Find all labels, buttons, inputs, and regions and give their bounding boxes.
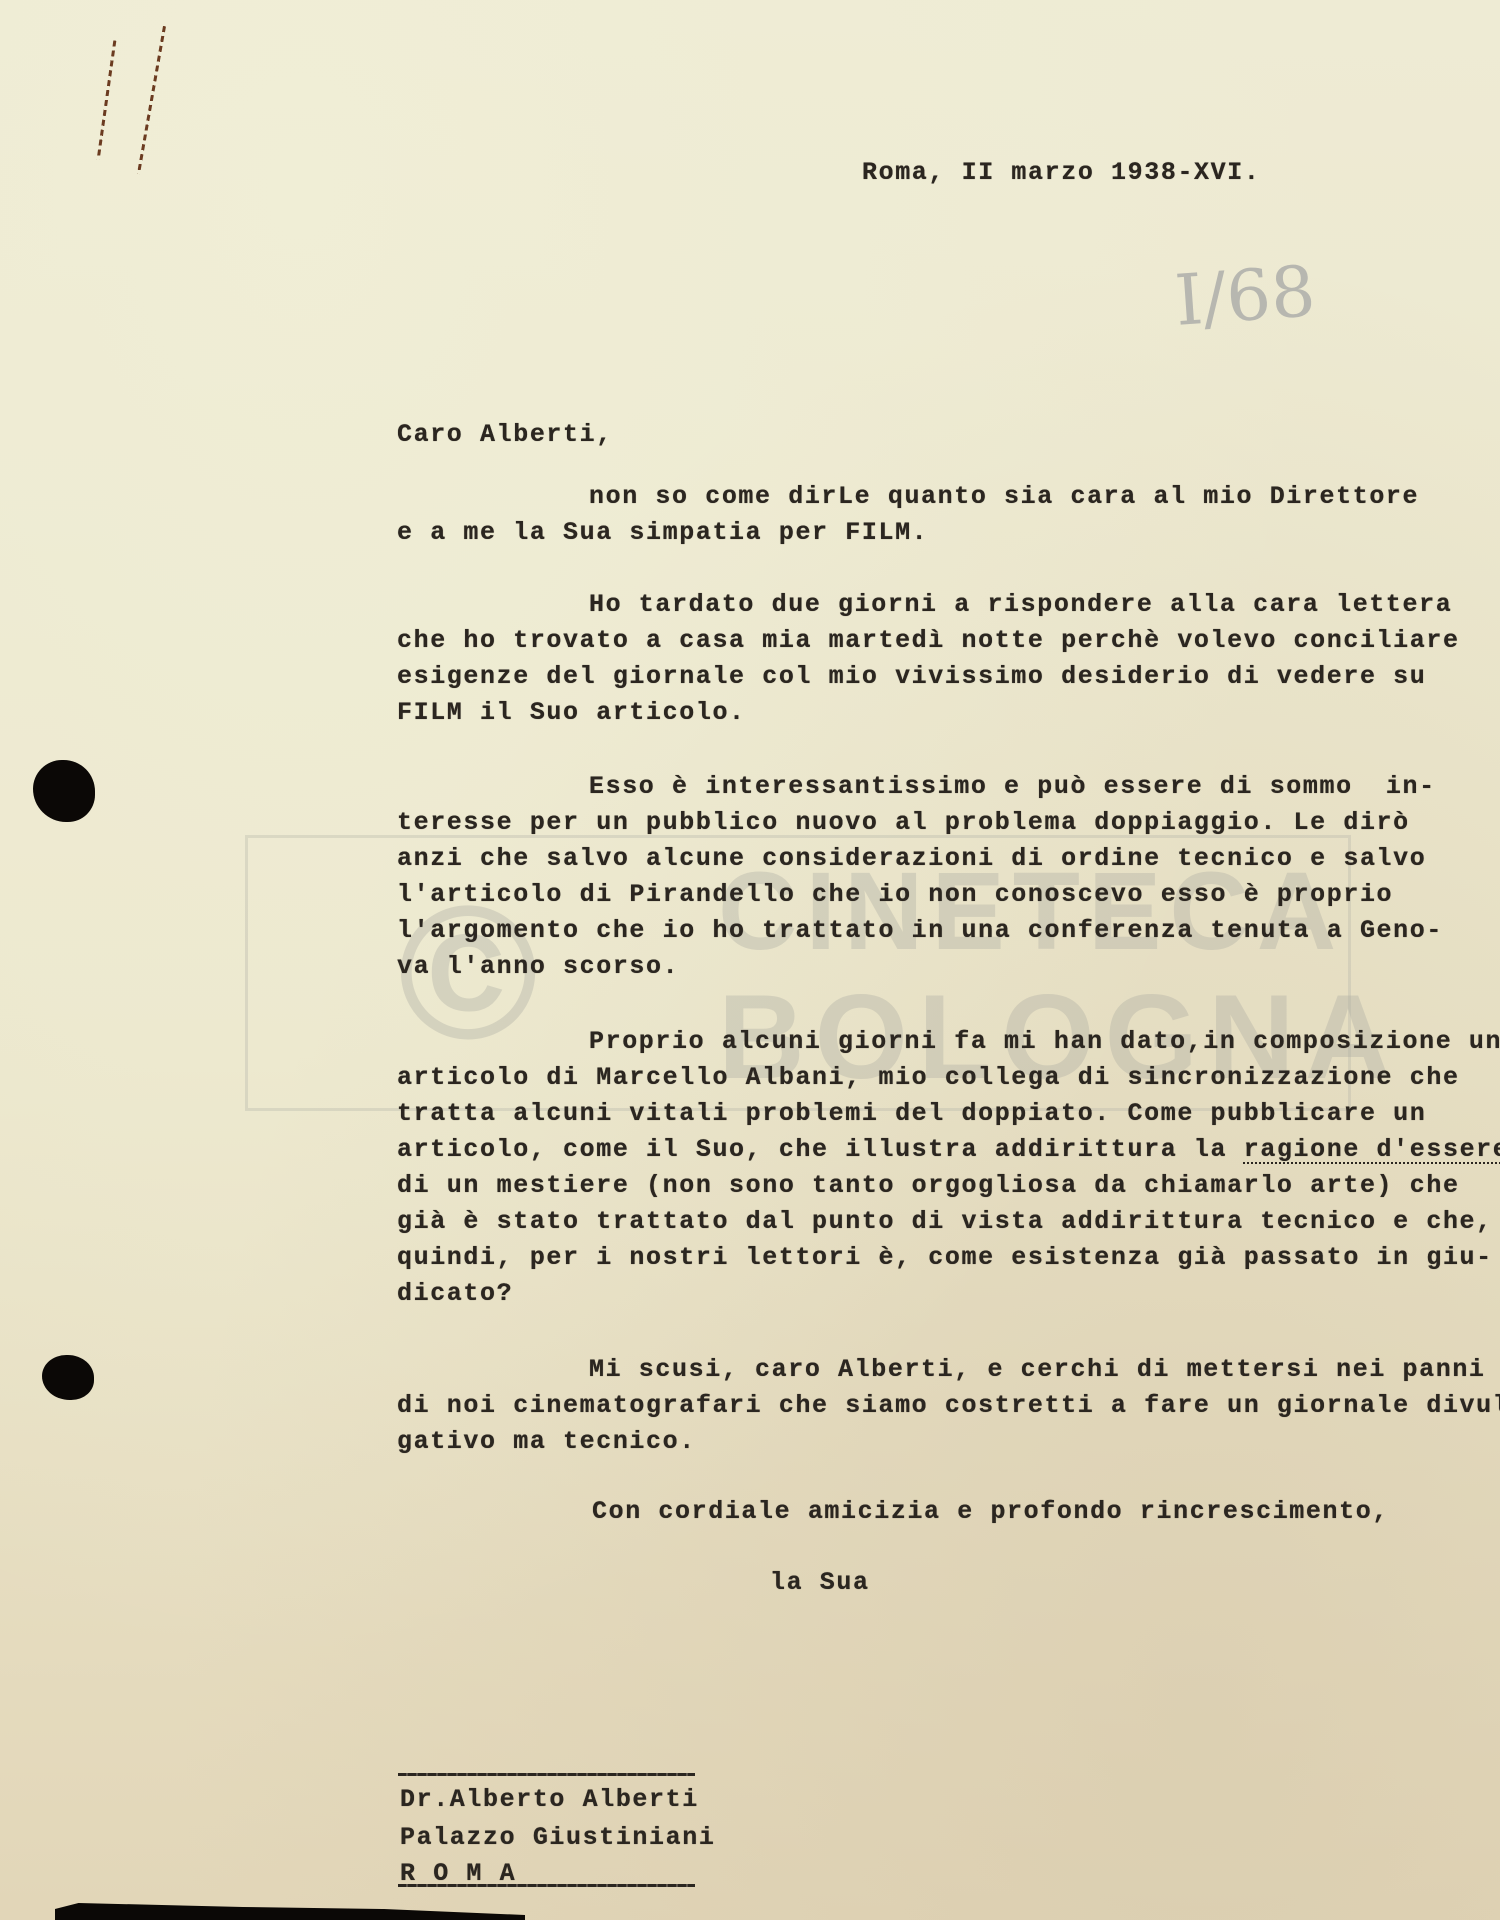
text-line: non so come dirLe quanto sia cara al mio… [589,482,1419,511]
text-line: articolo di Marcello Albani, mio collega… [397,1063,1460,1092]
text-line: va l'anno scorso. [397,952,679,981]
text-line: quindi, per i nostri lettori è, come esi… [397,1243,1493,1272]
recipient-building: Palazzo Giustiniani [400,1823,715,1852]
text-line: Esso è interessantissimo e può essere di… [589,772,1436,801]
date-line: Roma, II marzo 1938-XVI. [862,158,1260,187]
text-line: Mi scusi, caro Alberti, e cerchi di mett… [589,1355,1486,1384]
text-line: di noi cinematografari che siamo costret… [397,1391,1500,1420]
text-line: l'articolo di Pirandello che io non cono… [397,880,1393,909]
text-line: dicato? [397,1279,513,1308]
text-line: FILM il Suo articolo. [397,698,746,727]
paragraph-4: Proprio alcuni giorni fa mi han dato,in … [397,1027,430,1288]
text-line: gativo ma tecnico. [397,1427,696,1456]
text-line: anzi che salvo alcune considerazioni di … [397,844,1426,873]
punch-hole-top [33,760,95,822]
text-line: Proprio alcuni giorni fa mi han dato,in … [589,1027,1500,1056]
address-rule-bottom [398,1884,695,1887]
recipient-name: Dr.Alberto Alberti [400,1785,699,1814]
text-line: già è stato trattato dal punto di vista … [397,1207,1493,1236]
address-rule-top [398,1773,695,1776]
closing-line: Con cordiale amicizia e profondo rincres… [592,1497,1389,1526]
paragraph-3: Esso è interessantissimo e può essere di… [397,772,430,975]
paragraph-2: Ho tardato due giorni a rispondere alla … [397,590,430,735]
text-line: esigenze del giornale col mio vivissimo … [397,662,1426,691]
text-line: Ho tardato due giorni a rispondere alla … [589,590,1452,619]
text-line-with-underline: articolo, come il Suo, che illustra addi… [397,1135,1500,1164]
paragraph-1: non so come dirLe quanto sia cara al mio… [397,482,430,569]
salutation: Caro Alberti, [397,420,613,449]
paragraph-5: Mi scusi, caro Alberti, e cerchi di mett… [397,1355,430,1471]
text-line: l'argomento che io ho trattato in una co… [397,916,1443,945]
punch-hole-bottom [42,1355,94,1400]
text-segment: articolo, come il Suo, che illustra addi… [397,1135,1244,1164]
underlined-phrase: ragione d'essere [1244,1135,1500,1164]
text-line: tratta alcuni vitali problemi del doppia… [397,1099,1426,1128]
text-line: di un mestiere (non sono tanto orgoglios… [397,1171,1460,1200]
text-line: che ho trovato a casa mia martedì notte … [397,626,1460,655]
archive-pencil-mark: I/68 [1172,250,1318,342]
signature-line: la Sua [770,1568,870,1597]
text-line: e a me la Sua simpatia per FILM. [397,518,928,547]
text-line: teresse per un pubblico nuovo al problem… [397,808,1410,837]
